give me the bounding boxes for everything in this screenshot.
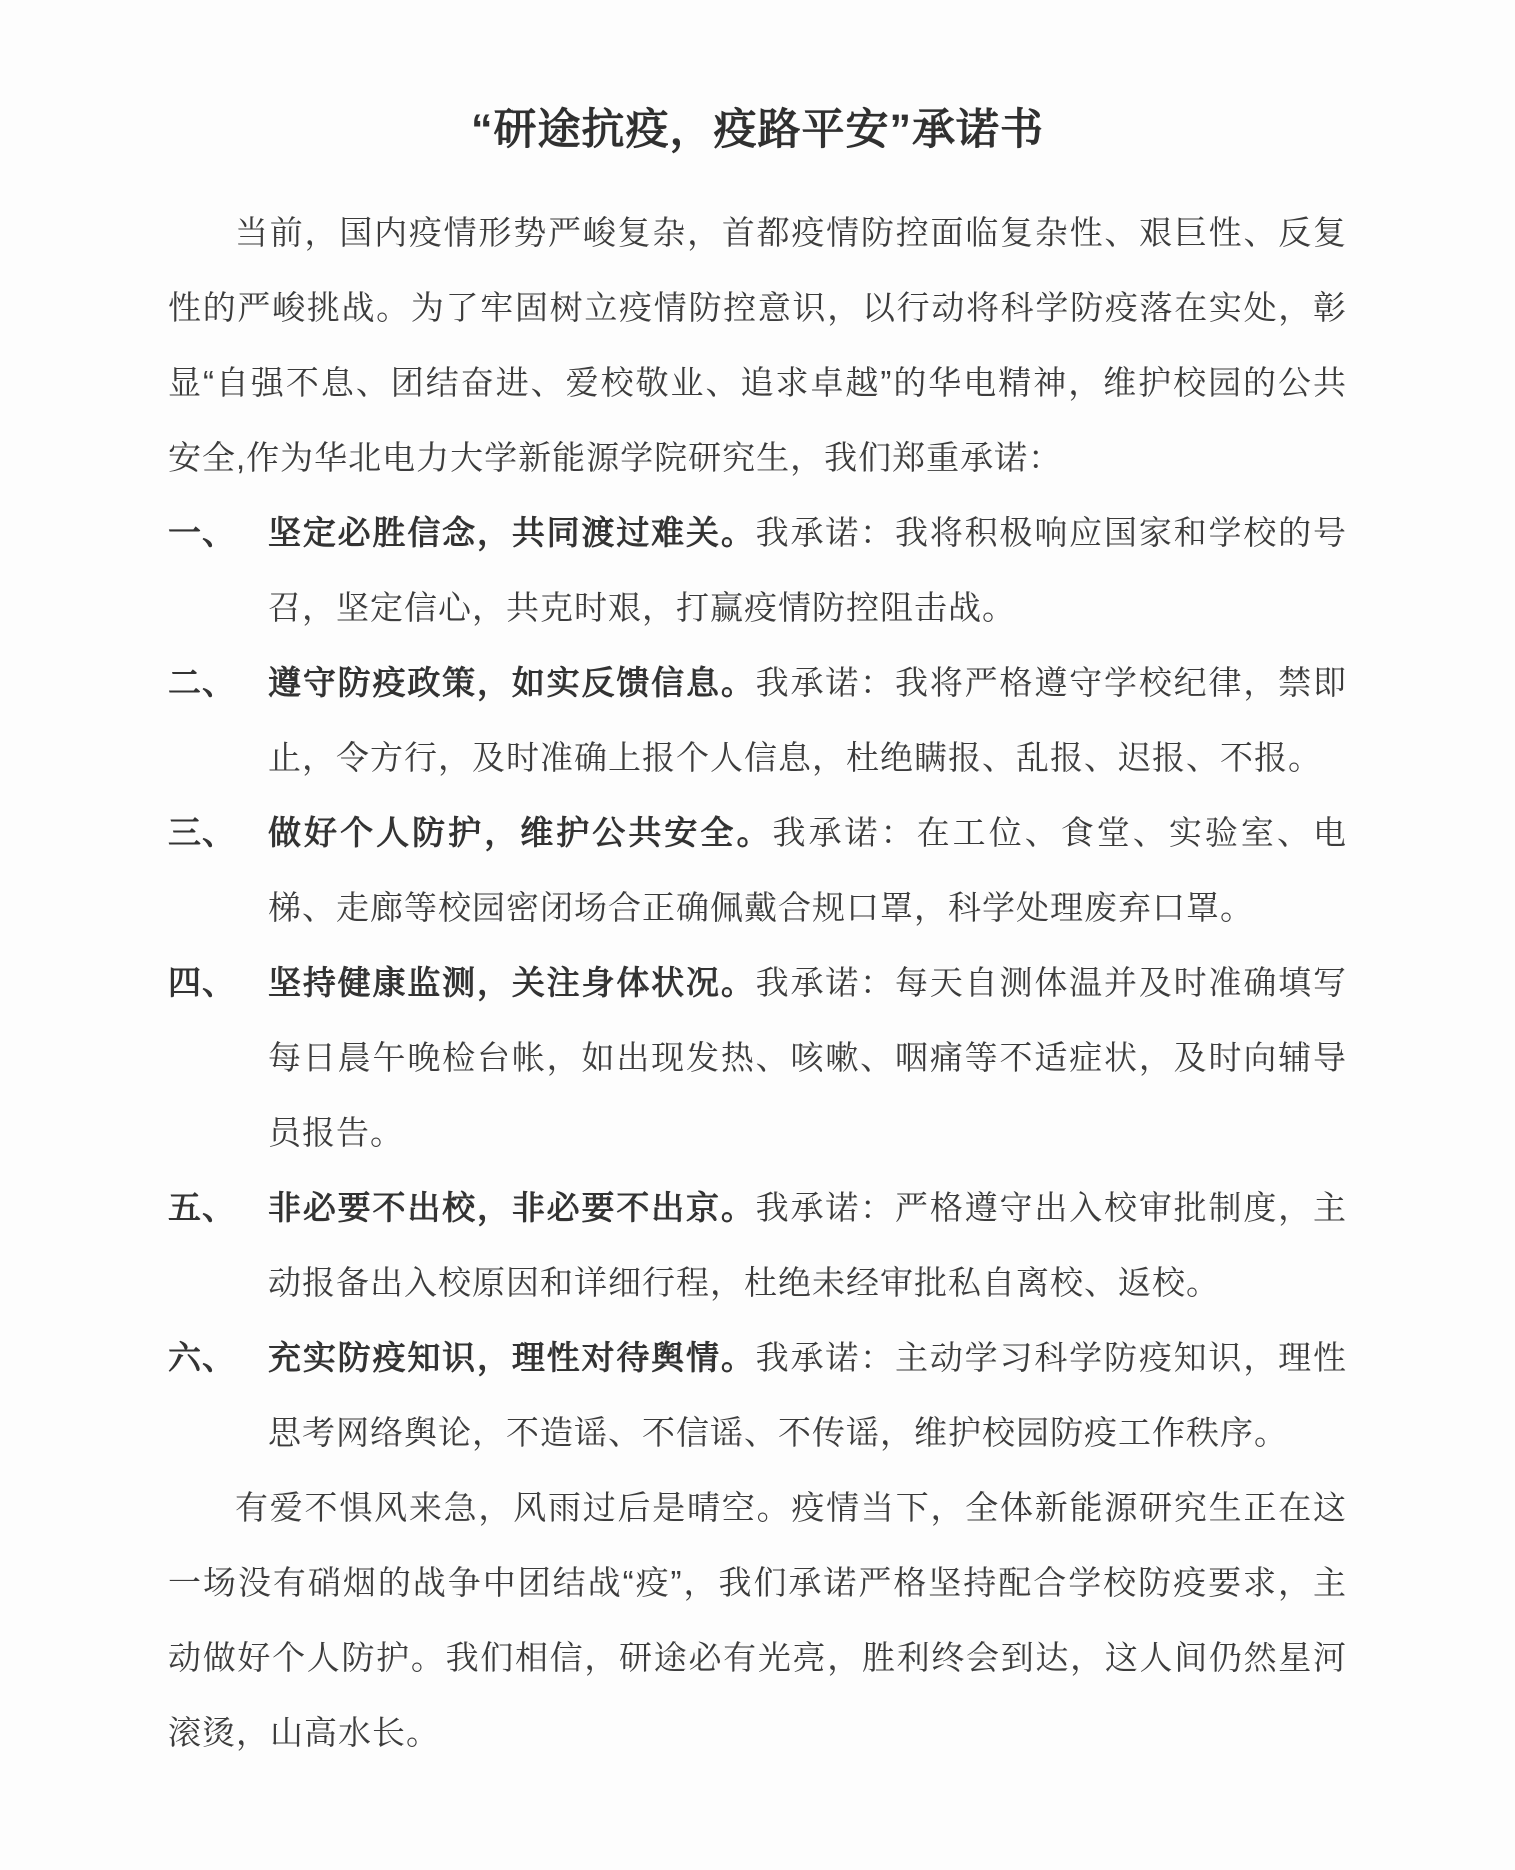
- closing-paragraph: 有爱不惧风来急，风雨过后是晴空。疫情当下，全体新能源研究生正在这一场没有硝烟的战…: [168, 1470, 1347, 1770]
- item-4-lead: 坚持健康监测，关注身体状况。: [268, 964, 756, 1001]
- item-3-text: 做好个人防护，维护公共安全。我承诺：在工位、食堂、实验室、电梯、走廊等校园密闭场…: [268, 795, 1347, 945]
- item-1-text: 坚定必胜信念，共同渡过难关。我承诺：我将积极响应国家和学校的号召，坚定信心，共克…: [268, 495, 1347, 645]
- item-5-lead: 非必要不出校，非必要不出京。: [268, 1189, 756, 1226]
- commitment-item-6: 六、 充实防疫知识，理性对待舆情。我承诺：主动学习科学防疫知识，理性思考网络舆论…: [168, 1320, 1347, 1470]
- commitment-item-4: 四、 坚持健康监测，关注身体状况。我承诺：每天自测体温并及时准确填写每日晨午晚检…: [168, 945, 1347, 1170]
- item-1-lead: 坚定必胜信念，共同渡过难关。: [268, 514, 756, 551]
- commitment-item-2: 二、 遵守防疫政策，如实反馈信息。我承诺：我将严格遵守学校纪律，禁即止，令方行，…: [168, 645, 1347, 795]
- item-1-number: 一、: [168, 495, 268, 645]
- item-5-text: 非必要不出校，非必要不出京。我承诺：严格遵守出入校审批制度，主动报备出入校原因和…: [268, 1170, 1347, 1320]
- item-4-number: 四、: [168, 945, 268, 1170]
- item-4-text: 坚持健康监测，关注身体状况。我承诺：每天自测体温并及时准确填写每日晨午晚检台帐，…: [268, 945, 1347, 1170]
- item-2-number: 二、: [168, 645, 268, 795]
- commitment-item-1: 一、 坚定必胜信念，共同渡过难关。我承诺：我将积极响应国家和学校的号召，坚定信心…: [168, 495, 1347, 645]
- item-3-lead: 做好个人防护，维护公共安全。: [268, 814, 772, 851]
- commitment-item-3: 三、 做好个人防护，维护公共安全。我承诺：在工位、食堂、实验室、电梯、走廊等校园…: [168, 795, 1347, 945]
- item-6-number: 六、: [168, 1320, 268, 1470]
- commitment-letter-page: “研途抗疫，疫路平安”承诺书 当前，国内疫情形势严峻复杂，首都疫情防控面临复杂性…: [0, 0, 1515, 1870]
- item-6-lead: 充实防疫知识，理性对待舆情。: [268, 1339, 756, 1376]
- item-2-lead: 遵守防疫政策，如实反馈信息。: [268, 664, 756, 701]
- item-3-number: 三、: [168, 795, 268, 945]
- item-2-text: 遵守防疫政策，如实反馈信息。我承诺：我将严格遵守学校纪律，禁即止，令方行，及时准…: [268, 645, 1347, 795]
- document-title: “研途抗疫，疫路平安”承诺书: [168, 106, 1347, 155]
- item-6-text: 充实防疫知识，理性对待舆情。我承诺：主动学习科学防疫知识，理性思考网络舆论，不造…: [268, 1320, 1347, 1470]
- intro-paragraph: 当前，国内疫情形势严峻复杂，首都疫情防控面临复杂性、艰巨性、反复性的严峻挑战。为…: [168, 195, 1347, 495]
- commitment-item-5: 五、 非必要不出校，非必要不出京。我承诺：严格遵守出入校审批制度，主动报备出入校…: [168, 1170, 1347, 1320]
- commitment-list: 一、 坚定必胜信念，共同渡过难关。我承诺：我将积极响应国家和学校的号召，坚定信心…: [168, 495, 1347, 1470]
- item-5-number: 五、: [168, 1170, 268, 1320]
